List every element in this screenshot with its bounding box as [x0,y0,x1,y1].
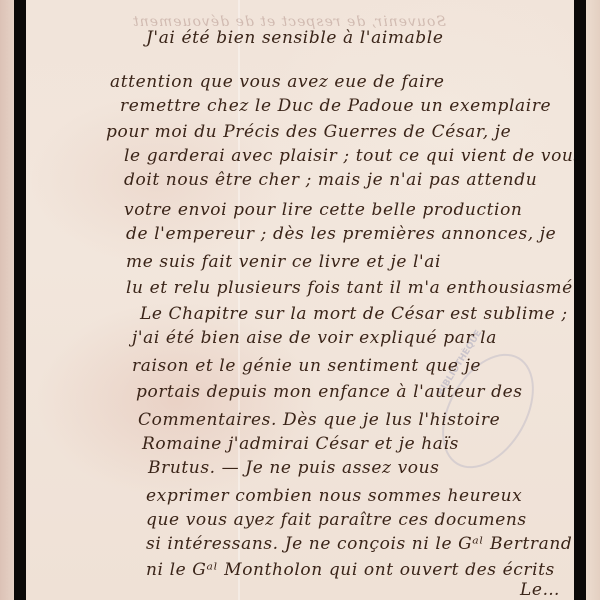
mourning-border-left [14,0,26,600]
letter-line: J'ai été bien sensible à l'aimable [146,28,444,48]
letter-line: attention que vous avez eue de faire [110,72,445,92]
letter-line: Le… [520,580,560,600]
letter-line: raison et le génie un sentiment que je [132,356,481,376]
letter-paper: Souvenir, de respect et de dévouement BI… [26,0,574,600]
letter-line: pour moi du Précis des Guerres de César,… [106,122,511,142]
letter-line: Brutus. — Je ne puis assez vous [148,458,440,478]
letter-line: que vous ayez fait paraître ces documens [146,510,527,530]
letter-line: remettre chez le Duc de Padoue un exempl… [120,96,551,116]
mourning-border-right [574,0,586,600]
scan-margin-right [586,0,600,600]
letter-line: le garderai avec plaisir ; tout ce qui v… [124,146,574,166]
letter-line: j'ai été bien aise de voir expliqué par … [132,328,497,348]
letter-line: ni le Gᵃˡ Montholon qui ont ouvert des é… [146,560,555,580]
letter-line: Romaine j'admirai César et je haïs [142,434,459,454]
letter-line: lu et relu plusieurs fois tant il m'a en… [126,278,574,298]
letter-line: portais depuis mon enfance à l'auteur de… [136,382,523,402]
letter-line: Le Chapitre sur la mort de César est sub… [140,304,568,324]
letter-line: me suis fait venir ce livre et je l'ai [126,252,441,272]
letter-line: exprimer combien nous sommes heureux [146,486,522,506]
scan-margin-left [0,0,14,600]
letter-line: votre envoi pour lire cette belle produc… [124,200,522,220]
letter-line: Commentaires. Dès que je lus l'histoire [138,410,500,430]
letter-line: de l'empereur ; dès les premières annonc… [126,224,556,244]
letter-line: doit nous être cher ; mais je n'ai pas a… [124,170,537,190]
letter-line: si intéressans. Je ne conçois ni le Gᵃˡ … [146,534,572,554]
